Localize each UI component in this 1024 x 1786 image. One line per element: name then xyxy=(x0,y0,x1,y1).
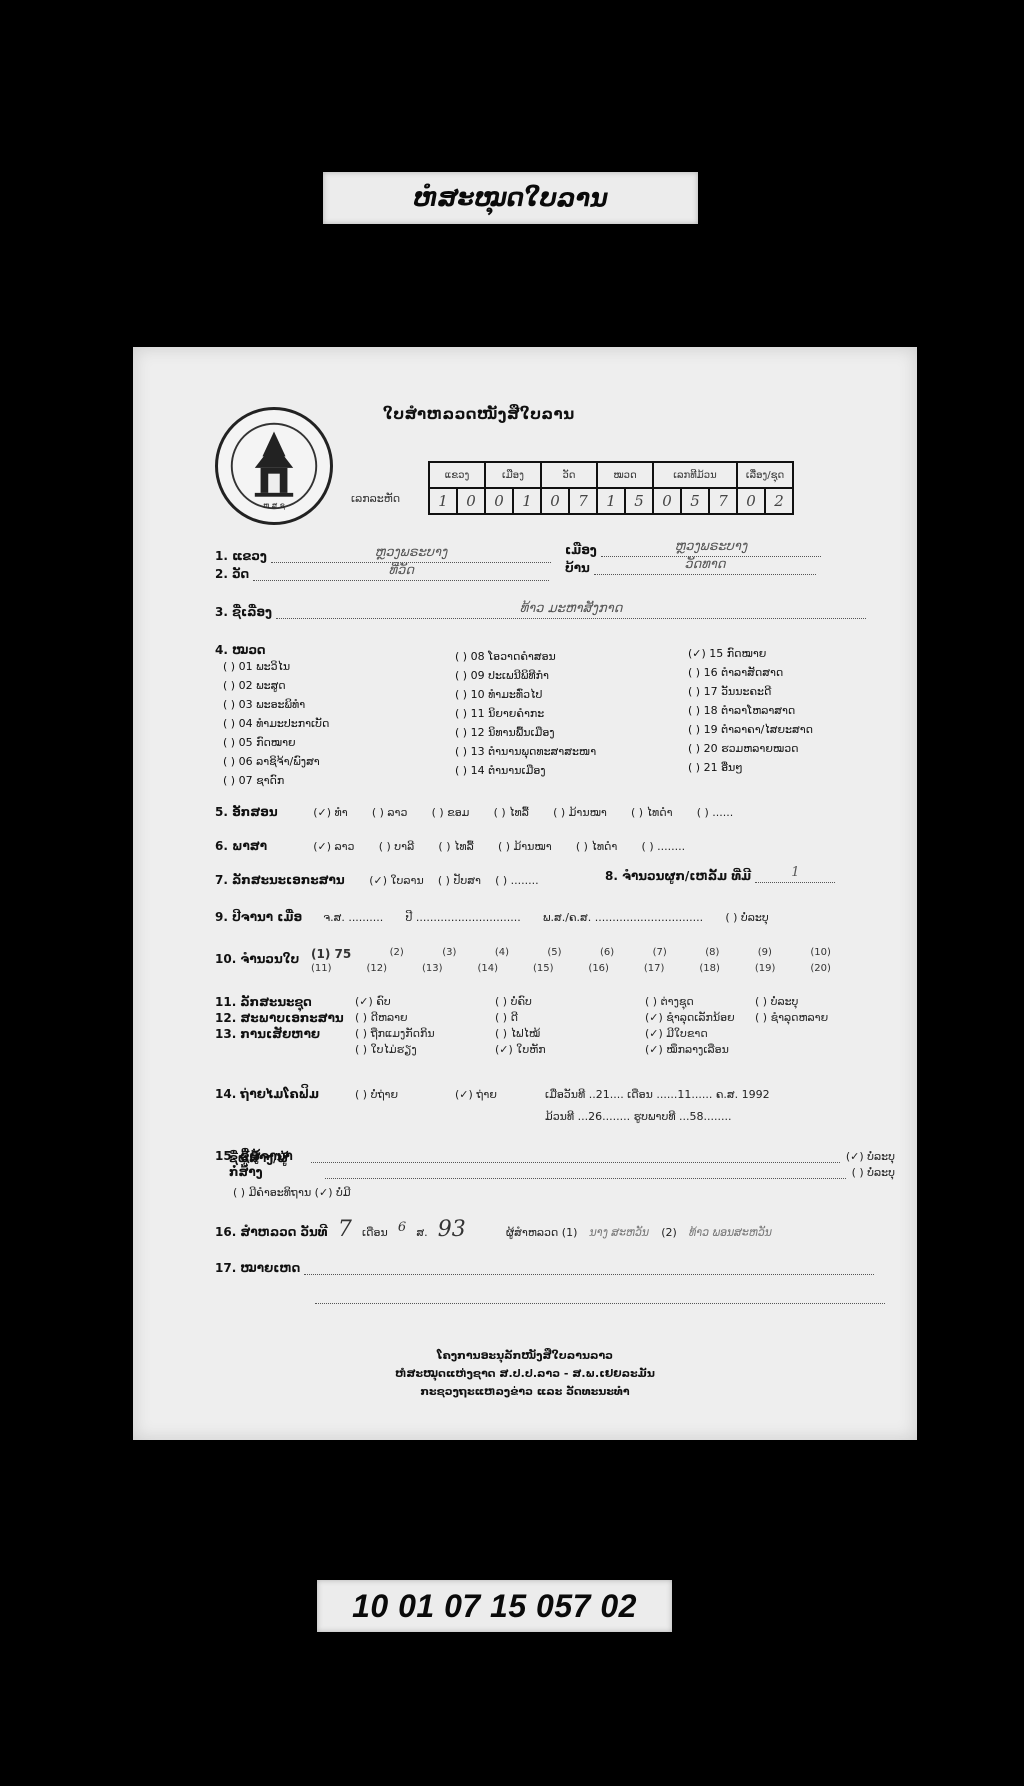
code-digit: 1 xyxy=(429,488,457,514)
svg-text:ຫ ສ ຊ: ຫ ສ ຊ xyxy=(263,501,286,510)
script-option[interactable]: ( ) ໄທດຳ xyxy=(631,806,672,819)
category-column-2: ( ) 08 ໂອວາດຄຳສອນ ( ) 09 ປະເພນີພິທີກຳ ( … xyxy=(455,650,596,783)
field-temple: 2. ວັດ ທີ່ວັດ xyxy=(215,567,549,581)
field-province-value: ຫຼວງພຣະບາງ xyxy=(271,550,551,563)
code-header-temple: ວັດ xyxy=(541,462,597,488)
material-label: 7. ລັກສະນະເອກະສານ xyxy=(215,873,365,887)
microfilm-block: 14. ຖ່າຍໄມໂຄຟິມ ( ) ບໍ່ຖ່າຍ (✓) ຖ່າຍ ເມື… xyxy=(215,1087,895,1124)
notes-line-2-wrap xyxy=(315,1285,885,1304)
completeness-option[interactable]: ( ) ຕ່າງຊຸດ xyxy=(645,995,755,1011)
script-row: 5. ອັກສອນ (✓) ທຳ ( ) ລາວ ( ) ຂອມ ( ) ໄທລ… xyxy=(215,805,733,819)
code-header-set: ເລື່ອງ/ຊຸດ xyxy=(737,462,793,488)
physical-condition-option[interactable]: (✓) ຊຳລຸດເລັກນ້ອຍ xyxy=(645,1011,755,1027)
leaves-cell: (15) xyxy=(533,963,554,974)
dedication-option[interactable]: ( ) ມີຄຳອະທິຖານ (✓) ບໍ່ມີ xyxy=(233,1186,351,1199)
script-label: 5. ອັກສອນ xyxy=(215,805,309,819)
code-header-category: ໝວດ xyxy=(597,462,653,488)
date-copied-part[interactable]: ຈ.ສ. .......... xyxy=(323,911,383,924)
microfilm-label: 14. ຖ່າຍໄມໂຄຟິມ xyxy=(215,1087,355,1101)
script-option[interactable]: ( ) ໄທລື້ xyxy=(494,806,529,819)
material-option[interactable]: ( ) ປັບສາ xyxy=(438,874,481,887)
manuscript-record-form: ຫ ສ ຊ ໃບສຳຫລວດໜັງສືໃບລານ ເລກລະຫັດ ແຂວງ ເ… xyxy=(133,347,917,1440)
field-title: 3. ຊື່ເລື່ອງ ທ້າວ ມະຫາສັງກາດ xyxy=(215,605,866,619)
damage-option[interactable]: (✓) ໃບຫັກ xyxy=(495,1043,645,1059)
category-option[interactable]: (✓) 15 ກົດໝາຍ xyxy=(688,647,813,666)
date-copied-row: 9. ປີຈານາ ເມື່ອ ຈ.ສ. .......... ປີ .....… xyxy=(215,910,769,924)
material-option[interactable]: (✓) ໃບລານ xyxy=(369,874,424,887)
seal-emblem-icon: ຫ ສ ຊ xyxy=(215,407,333,525)
damage-row: 13. ການເສັຍຫາຍ ( ) ຖືກແມງກັດກິນ ( ) ໄຟໄໝ… xyxy=(215,1027,895,1043)
survey-year-label: ສ. xyxy=(416,1226,427,1239)
physical-condition-row: 12. ສະພາບເອກະສານ ( ) ດີຫລາຍ ( ) ດີ (✓) ຊ… xyxy=(215,1011,895,1027)
field-province: 1. ແຂວງ ຫຼວງພຣະບາງ xyxy=(215,549,551,563)
code-digit: 0 xyxy=(541,488,569,514)
leaves-cell: (17) xyxy=(644,963,665,974)
leaves-cell: (8) xyxy=(705,947,719,961)
leaves-cell: (3) xyxy=(442,947,456,961)
physical-condition-label: 12. ສະພາບເອກະສານ xyxy=(215,1011,355,1027)
footer-line-2: ຫໍສະໝຸດແຫ່ງຊາດ ສ.ປ.ປ.ລາວ - ສ.ພ.ເຢຍລະມັນ xyxy=(133,1365,917,1383)
category-option[interactable]: ( ) 11 ນິຍາຍຄຳກະ xyxy=(455,707,596,726)
damage-row-2: ( ) ໃບໄມ່ຮຽງ (✓) ໃບຫັກ (✓) ໝຶກລາງເລືອນ xyxy=(215,1043,895,1059)
survey-month: 6 xyxy=(398,1220,406,1235)
physical-condition-option[interactable]: ( ) ດີຫລາຍ xyxy=(355,1011,495,1027)
code-digit: 0 xyxy=(737,488,765,514)
leaves-cell: (9) xyxy=(758,947,772,961)
category-option[interactable]: ( ) 19 ຕຳລາຄາ/ໄສຍະສາດ xyxy=(688,723,813,742)
completeness-option[interactable]: (✓) ຄົບ xyxy=(355,995,495,1011)
category-option[interactable]: ( ) 06 ລາຊິຈ້າ/ພົງສາ xyxy=(223,755,329,774)
code-digit: 5 xyxy=(625,488,653,514)
code-table: ແຂວງ ເມືອງ ວັດ ໝວດ ເລກທີມ້ວນ ເລື່ອງ/ຊຸດ … xyxy=(428,461,794,515)
category-option[interactable]: ( ) 08 ໂອວາດຄຳສອນ xyxy=(455,650,596,669)
field-village: ບ້ານ ວັດທາດ xyxy=(565,561,816,575)
language-option[interactable]: ( ) ........ xyxy=(642,840,686,853)
archive-title-text: ຫໍສະໝຸດໃບລານ xyxy=(413,184,607,212)
code-digit: 1 xyxy=(513,488,541,514)
field-village-value: ວັດທາດ xyxy=(594,562,816,575)
leaves-cell: (12) xyxy=(366,963,387,974)
field-district-value: ຫຼວງພຣະບາງ xyxy=(601,544,821,557)
notes-label: 17. ໝາຍເຫດ xyxy=(215,1261,300,1275)
persons-block: 15. ຊື່ຜູ້ຈານາ (✓) ບໍ່ລະບຸ ຊື່ຜູ້ສ້າງ/ຜູ… xyxy=(215,1147,895,1200)
category-option[interactable]: ( ) 09 ປະເພນີພິທີກຳ xyxy=(455,669,596,688)
bundles-value: 1 xyxy=(755,870,835,883)
footer-line-1: ໂຄງການອະນຸລັກໜັງສືໃບລານລາວ xyxy=(133,1347,917,1365)
leaves-grid: (1) 75 (2) (3) (4) (5) (6) (7) (8) (9) (… xyxy=(311,947,831,974)
language-option[interactable]: (✓) ລາວ xyxy=(313,840,354,853)
surveyor-1-label: ຜູ້ສຳຫລວດ (1) xyxy=(506,1226,577,1239)
code-digit: 0 xyxy=(653,488,681,514)
code-label: ເລກລະຫັດ xyxy=(351,492,400,505)
field-title-value: ທ້າວ ມະຫາສັງກາດ xyxy=(276,606,866,619)
category-option[interactable]: ( ) 17 ວັນນະຄະດີ xyxy=(688,685,813,704)
leaves-cell: (6) xyxy=(600,947,614,961)
code-digit: 5 xyxy=(681,488,709,514)
material-option[interactable]: ( ) ........ xyxy=(495,874,539,887)
date-copied-part[interactable]: ພ.ສ./ຄ.ສ. ..............................… xyxy=(543,911,703,924)
sponsor-unspecified[interactable]: ( ) ບໍ່ລະບຸ xyxy=(852,1166,895,1179)
damage-label: 13. ການເສັຍຫາຍ xyxy=(215,1027,355,1043)
script-option[interactable]: ( ) ...... xyxy=(697,806,734,819)
physical-condition-option[interactable]: ( ) ດີ xyxy=(495,1011,645,1027)
code-header-province: ແຂວງ xyxy=(429,462,485,488)
leaves-cell: (7) xyxy=(653,947,667,961)
leaves-cell: (13) xyxy=(422,963,443,974)
completeness-option[interactable]: ( ) ບໍ່ລະບຸ xyxy=(755,995,798,1011)
category-label: 4. ໝວດ xyxy=(215,643,265,657)
leaves-cell: (20) xyxy=(810,963,831,974)
language-option[interactable]: ( ) ບາລີ xyxy=(379,840,415,853)
survey-row: 16. ສຳຫລວດ ວັນທີ 7 ເດືອນ 6 ສ. 93 ຜູ້ສຳຫລ… xyxy=(215,1217,772,1242)
category-option[interactable]: ( ) 12 ນິທານພື້ນເມືອງ xyxy=(455,726,596,745)
script-option[interactable]: (✓) ທຳ xyxy=(313,806,347,819)
microfilm-option[interactable]: ( ) ບໍ່ຖ່າຍ xyxy=(355,1088,455,1101)
field-temple-value: ທີ່ວັດ xyxy=(253,568,549,581)
field-district-label: ເມືອງ xyxy=(565,543,597,557)
category-option[interactable]: ( ) 10 ທຳມະທົ່ວໄປ xyxy=(455,688,596,707)
category-option[interactable]: ( ) 03 ພະອະພິທຳ xyxy=(223,698,329,717)
damage-option[interactable]: ( ) ຖືກແມງກັດກິນ xyxy=(355,1027,495,1043)
leaves-cell: (16) xyxy=(588,963,609,974)
bundles-label: 8. ຈຳນວນຜູກ/ເຫລັ້ມ ທີ່ມີ xyxy=(605,869,751,883)
condition-block: 11. ລັກສະນະຊຸດ (✓) ຄົບ ( ) ບໍ່ຄົບ ( ) ຕ່… xyxy=(215,995,895,1059)
field-village-label: ບ້ານ xyxy=(565,561,590,575)
script-option[interactable]: ( ) ຂອມ xyxy=(432,806,470,819)
script-option[interactable]: ( ) ມ້ານໝາ xyxy=(553,806,607,819)
copier-value xyxy=(311,1150,840,1163)
sponsor-label: ຊື່ຜູ້ສ້າງ/ຜູ້ກໍ່ສ້າງ xyxy=(215,1151,319,1179)
language-row: 6. ພາສາ (✓) ລາວ ( ) ບາລີ ( ) ໄທລື້ ( ) ມ… xyxy=(215,839,685,853)
language-option[interactable]: ( ) ໄທລື້ xyxy=(438,840,473,853)
damage-option[interactable]: (✓) ມີໃບຂາດ xyxy=(645,1027,708,1043)
leaves-cell: (4) xyxy=(495,947,509,961)
notes-line-1[interactable] xyxy=(304,1262,874,1275)
completeness-label: 11. ລັກສະນະຊຸດ xyxy=(215,995,355,1011)
notes-line-2[interactable] xyxy=(315,1291,885,1304)
code-digit: 0 xyxy=(457,488,485,514)
leaves-cell: (1) 75 xyxy=(311,947,351,961)
field-title-label: 3. ຊື່ເລື່ອງ xyxy=(215,605,272,619)
bundles-row: 8. ຈຳນວນຜູກ/ເຫລັ້ມ ທີ່ມີ 1 xyxy=(605,869,835,883)
leaves-cell: (2) xyxy=(390,947,404,961)
category-option[interactable]: ( ) 13 ຕຳນານພຸດທະສາສະໜາ xyxy=(455,745,596,764)
code-digit: 7 xyxy=(709,488,737,514)
archive-title-label: ຫໍສະໝຸດໃບລານ xyxy=(323,172,698,224)
leaves-cell: (5) xyxy=(547,947,561,961)
form-footer: ໂຄງການອະນຸລັກໜັງສືໃບລານລາວ ຫໍສະໝຸດແຫ່ງຊາ… xyxy=(133,1347,917,1401)
category-option[interactable]: ( ) 16 ຕຳລາສັດສາດ xyxy=(688,666,813,685)
code-digit: 1 xyxy=(597,488,625,514)
code-header-roll: ເລກທີມ້ວນ xyxy=(653,462,737,488)
footer-line-3: ກະຊວງຖະແຫລງຂ່າວ ແລະ ວັດທະນະທຳ xyxy=(133,1383,917,1401)
category-option[interactable]: ( ) 01 ພະວິໄນ xyxy=(223,660,329,679)
surveyor-1-name: ນາງ ສະຫວັນ xyxy=(590,1226,649,1239)
damage-option[interactable]: ( ) ໄຟໄໝ້ xyxy=(495,1027,645,1043)
survey-day: 7 xyxy=(338,1217,352,1242)
script-option[interactable]: ( ) ລາວ xyxy=(372,806,408,819)
code-digit: 7 xyxy=(569,488,597,514)
completeness-option[interactable]: ( ) ບໍ່ຄົບ xyxy=(495,995,645,1011)
completeness-row: 11. ລັກສະນະຊຸດ (✓) ຄົບ ( ) ບໍ່ຄົບ ( ) ຕ່… xyxy=(215,995,895,1011)
language-option[interactable]: ( ) ມ້ານໝາ xyxy=(498,840,552,853)
category-option[interactable]: ( ) 21 ອື່ນໆ xyxy=(688,761,813,780)
leaves-label: 10. ຈຳນວນໃບ xyxy=(215,952,299,966)
category-column-1: ( ) 01 ພະວິໄນ ( ) 02 ພະສູດ ( ) 03 ພະອະພິ… xyxy=(223,660,329,793)
leaves-cell: (11) xyxy=(311,963,332,974)
damage-option[interactable]: ( ) ໃບໄມ່ຮຽງ xyxy=(355,1043,495,1059)
manuscript-code-text: 10 01 07 15 057 02 xyxy=(352,1588,637,1625)
damage-option[interactable]: (✓) ໝຶກລາງເລືອນ xyxy=(645,1043,729,1059)
code-digit: 0 xyxy=(485,488,513,514)
category-option[interactable]: ( ) 07 ຊາດົກ xyxy=(223,774,329,793)
leaves-cell: (19) xyxy=(755,963,776,974)
code-digit: 2 xyxy=(765,488,793,514)
microfilm-roll: ມ້ວນທີ ...26........ ຮູບພາບທີ ...58.....… xyxy=(545,1110,732,1123)
survey-month-label: ເດືອນ xyxy=(362,1226,388,1239)
leaves-cell: (18) xyxy=(699,963,720,974)
language-label: 6. ພາສາ xyxy=(215,839,309,853)
leaves-cell: (14) xyxy=(477,963,498,974)
manuscript-code-label: 10 01 07 15 057 02 xyxy=(317,1580,672,1632)
surveyor-2-label: (2) xyxy=(661,1226,677,1239)
category-option[interactable]: ( ) 14 ຕຳນານເມືອງ xyxy=(455,764,596,783)
surveyor-2-name: ທ້າວ ພອນສະຫວັນ xyxy=(689,1226,772,1239)
category-option[interactable]: ( ) 05 ກົດໝາຍ xyxy=(223,736,329,755)
field-temple-label: 2. ວັດ xyxy=(215,567,249,581)
physical-condition-option[interactable]: ( ) ຊຳລຸດຫລາຍ xyxy=(755,1011,828,1027)
category-option[interactable]: ( ) 20 ຮວມຫລາຍໝວດ xyxy=(688,742,813,761)
sponsor-value xyxy=(325,1166,846,1179)
date-copied-part[interactable]: ປີ .............................. xyxy=(405,911,520,924)
date-copied-label: 9. ປີຈານາ ເມື່ອ xyxy=(215,910,319,924)
language-option[interactable]: ( ) ໄທດຳ xyxy=(576,840,617,853)
survey-year: 93 xyxy=(438,1217,466,1242)
category-option[interactable]: ( ) 04 ທຳມະປະກາເບັດ xyxy=(223,717,329,736)
copier-unspecified[interactable]: (✓) ບໍ່ລະບຸ xyxy=(846,1150,895,1163)
category-column-3: (✓) 15 ກົດໝາຍ ( ) 16 ຕຳລາສັດສາດ ( ) 17 ວ… xyxy=(688,647,813,780)
microfilm-date: ເມື່ອວັນທີ ..21.... ເດືອນ ......11......… xyxy=(545,1088,770,1101)
microfilm-option[interactable]: (✓) ຖ່າຍ xyxy=(455,1088,545,1101)
notes-row: 17. ໝາຍເຫດ xyxy=(215,1261,874,1275)
leaves-cell: (10) xyxy=(810,947,831,961)
survey-date-label: 16. ສຳຫລວດ ວັນທີ xyxy=(215,1225,328,1239)
form-title: ໃບສຳຫລວດໜັງສືໃບລານ xyxy=(383,405,575,423)
category-option[interactable]: ( ) 02 ພະສູດ xyxy=(223,679,329,698)
field-district: ເມືອງ ຫຼວງພຣະບາງ xyxy=(565,543,821,557)
code-header-district: ເມືອງ xyxy=(485,462,541,488)
date-copied-unspecified[interactable]: ( ) ບໍ່ລະບຸ xyxy=(725,911,768,924)
category-option[interactable]: ( ) 18 ຕຳລາໂຫລາສາດ xyxy=(688,704,813,723)
material-row: 7. ລັກສະນະເອກະສານ (✓) ໃບລານ ( ) ປັບສາ ( … xyxy=(215,873,539,887)
field-province-label: 1. ແຂວງ xyxy=(215,549,267,563)
